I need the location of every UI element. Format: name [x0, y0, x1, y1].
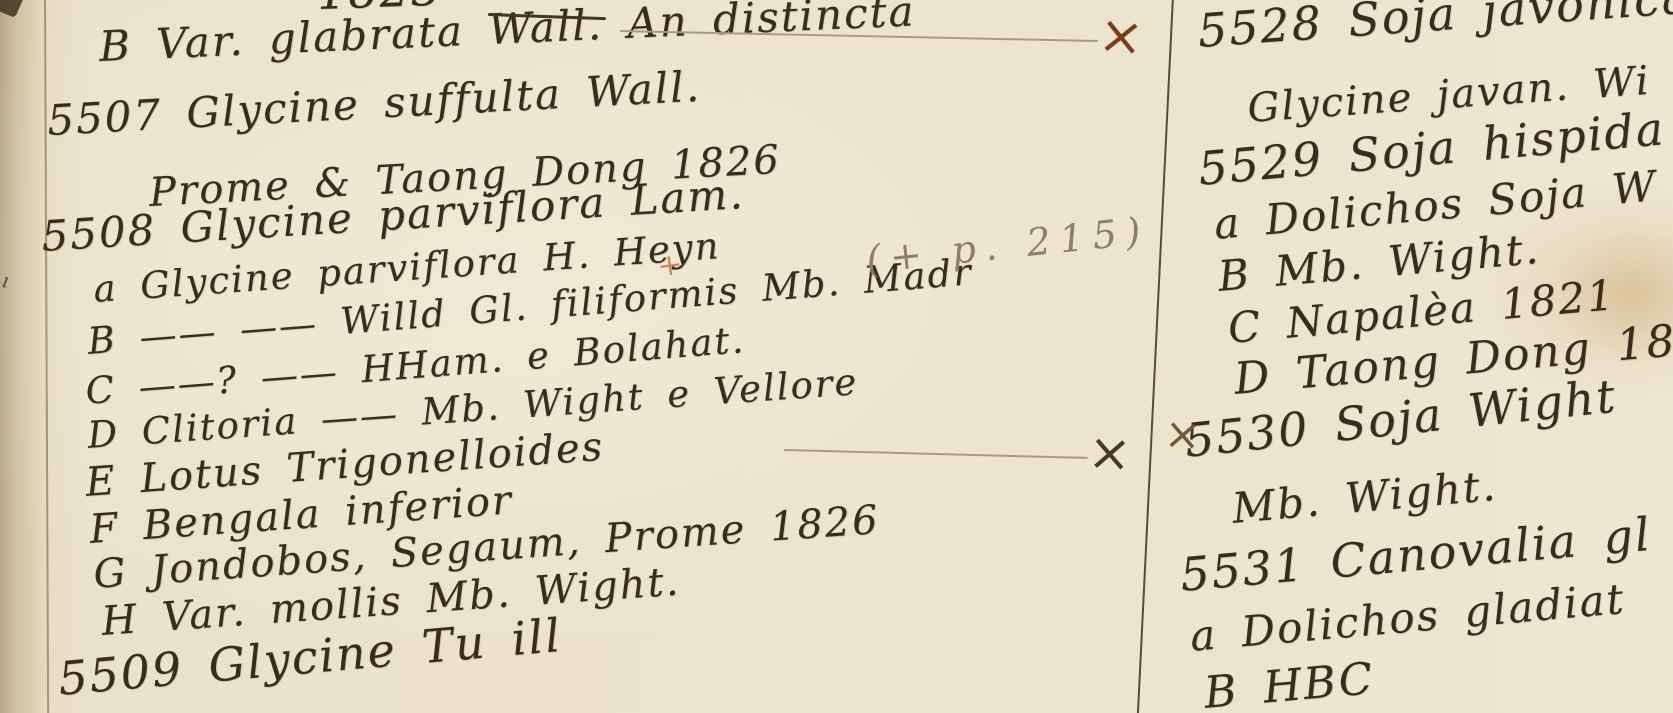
caret-mark: +	[655, 247, 685, 285]
handwritten-line: Mb. Wight.	[1230, 461, 1499, 533]
pencil-line-vellore	[784, 449, 1088, 459]
handwritten-line: 5528 Soja javonica	[1196, 0, 1673, 58]
x-mark-vellore: ×	[1086, 422, 1134, 485]
handwritten-line: 5507 Glycine suffulta Wall.	[46, 62, 702, 145]
page-ref-annotation: (+ p. 215)	[864, 208, 1152, 282]
page-corner-blot	[0, 0, 25, 18]
x-mark-top: ×	[1095, 2, 1147, 69]
manuscript-page: 1823B Var. glabrata Wall. An distincta55…	[0, 0, 1673, 713]
handwritten-line: B HBC	[1202, 653, 1376, 713]
column-divider-rule	[1137, 0, 1174, 713]
stray-ink-mark: ı	[0, 268, 11, 293]
x-mark-right-column: ×	[1162, 408, 1202, 461]
